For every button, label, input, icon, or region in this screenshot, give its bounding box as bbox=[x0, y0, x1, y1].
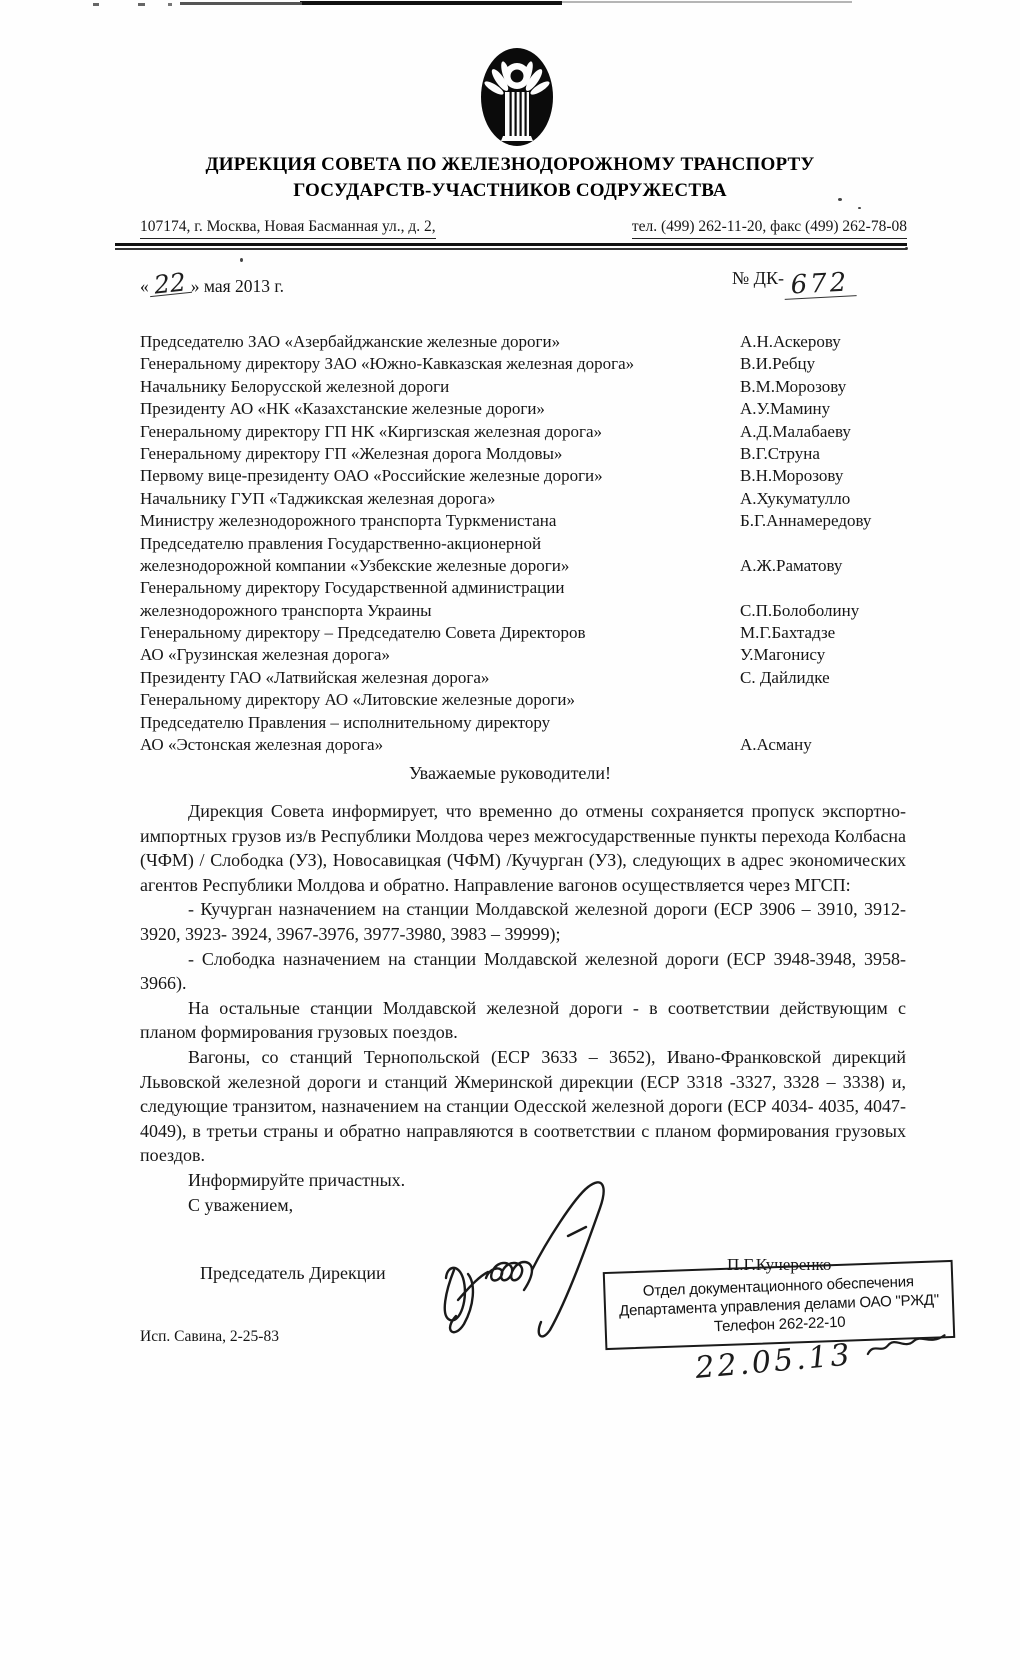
quote-close: » bbox=[191, 276, 200, 296]
addressee-name: Б.Г.Аннамередову bbox=[740, 510, 908, 532]
addressee-row: АО «Эстонская железная дорога»А.Асману bbox=[140, 734, 908, 756]
addressee-name: У.Магонису bbox=[740, 644, 908, 666]
addressee-row: Президенту АО «НК «Казахстанские железны… bbox=[140, 398, 908, 420]
addressee-role: Министру железнодорожного транспорта Тур… bbox=[140, 510, 740, 532]
addressee-row: железнодорожного транспорта УкраиныС.П.Б… bbox=[140, 600, 908, 622]
scan-artifact bbox=[93, 3, 99, 6]
addressee-name: А.Хукуматулло bbox=[740, 488, 908, 510]
addressee-row: Начальнику ГУП «Таджикская железная доро… bbox=[140, 488, 908, 510]
addressee-role: Председателю Правления – исполнительному… bbox=[140, 712, 740, 734]
header-rule bbox=[115, 248, 907, 250]
addressee-role: Генеральному директору Государственной а… bbox=[140, 577, 740, 599]
salutation: Уважаемые руководители! bbox=[140, 763, 880, 784]
addressee-row: Генеральному директору АО «Литовские жел… bbox=[140, 689, 908, 711]
body-paragraph: На остальные станции Молдавской железной… bbox=[140, 996, 906, 1045]
addressee-row: Генеральному директору ЗАО «Южно-Кавказс… bbox=[140, 353, 908, 375]
org-phone-fax: тел. (499) 262-11-20, факс (499) 262-78-… bbox=[632, 218, 907, 239]
body-paragraph: - Слободка назначением на станции Молдав… bbox=[140, 947, 906, 996]
addressee-role: АО «Эстонская железная дорога» bbox=[140, 734, 740, 756]
addressee-name bbox=[740, 577, 908, 599]
addressee-role: Первому вице-президенту ОАО «Российские … bbox=[140, 465, 740, 487]
header-rule bbox=[115, 243, 907, 246]
handwritten-day: 22 bbox=[148, 272, 192, 297]
body-paragraph: Дирекция Совета информирует, что временн… bbox=[140, 799, 906, 897]
body-paragraph: - Кучурган назначением на станции Молдав… bbox=[140, 897, 906, 946]
handwriting-flourish-icon bbox=[864, 1332, 950, 1361]
scan-artifact bbox=[138, 3, 145, 6]
addressee-role: Генеральному директору ЗАО «Южно-Кавказс… bbox=[140, 353, 740, 375]
scan-artifact bbox=[168, 3, 172, 6]
addressee-name: А.Д.Малабаеву bbox=[740, 421, 908, 443]
addressee-role: Генеральному директору ГП НК «Киргизская… bbox=[140, 421, 740, 443]
addressee-row: Председателю Правления – исполнительному… bbox=[140, 712, 908, 734]
meta-row: «22» мая 2013 г. № ДК-672 bbox=[140, 268, 907, 308]
addressee-list: Председателю ЗАО «Азербайджанские железн… bbox=[140, 331, 908, 756]
addressee-name: А.Асману bbox=[740, 734, 908, 756]
executor-note: Исп. Савина, 2-25-83 bbox=[140, 1328, 279, 1346]
scan-speck bbox=[240, 258, 243, 262]
addressee-row: Председателю правления Государственно-ак… bbox=[140, 533, 908, 555]
addressee-row: Президенту ГАО «Латвийская железная доро… bbox=[140, 667, 908, 689]
addressee-name: В.Н.Морозову bbox=[740, 465, 908, 487]
addressee-name: А.У.Мамину bbox=[740, 398, 908, 420]
addressee-role: Президенту АО «НК «Казахстанские железны… bbox=[140, 398, 740, 420]
letter-date: «22» мая 2013 г. bbox=[140, 274, 284, 297]
addressee-row: Начальнику Белорусской железной дорогиВ.… bbox=[140, 376, 908, 398]
addressee-row: Генеральному директору ГП НК «Киргизская… bbox=[140, 421, 908, 443]
cis-emblem-icon bbox=[479, 46, 555, 148]
addressee-name: С.П.Болоболину bbox=[740, 600, 908, 622]
addressee-row: Министру железнодорожного транспорта Тур… bbox=[140, 510, 908, 532]
body-paragraph: Вагоны, со станций Тернопольской (ЕСР 36… bbox=[140, 1045, 906, 1168]
letter-page: ДИРЕКЦИЯ СОВЕТА ПО ЖЕЛЕЗНОДОРОЖНОМУ ТРАН… bbox=[0, 0, 1020, 1680]
addressee-role: Начальнику ГУП «Таджикская железная доро… bbox=[140, 488, 740, 510]
addressee-role: железнодорожного транспорта Украины bbox=[140, 600, 740, 622]
letter-body: Дирекция Совета информирует, что временн… bbox=[140, 799, 906, 1217]
scan-speck bbox=[858, 207, 861, 209]
addressee-role: Генеральному директору – Председателю Со… bbox=[140, 622, 740, 644]
addressee-row: Генеральному директору ГП «Железная доро… bbox=[140, 443, 908, 465]
addressee-role: Генеральному директору ГП «Железная доро… bbox=[140, 443, 740, 465]
addressee-name: В.Г.Струна bbox=[740, 443, 908, 465]
date-text: мая 2013 г. bbox=[204, 276, 284, 296]
addressee-row: Председателю ЗАО «Азербайджанские железн… bbox=[140, 331, 908, 353]
org-title-line2: ГОСУДАРСТВ-УЧАСТНИКОВ СОДРУЖЕСТВА bbox=[110, 178, 910, 203]
addressee-role: железнодорожной компании «Узбекские желе… bbox=[140, 555, 740, 577]
addressee-name: С. Дайлидке bbox=[740, 667, 908, 689]
addressee-role: Генеральному директору АО «Литовские жел… bbox=[140, 689, 740, 711]
addressee-role: Председателю ЗАО «Азербайджанские железн… bbox=[140, 331, 740, 353]
addressee-role: Начальнику Белорусской железной дороги bbox=[140, 376, 740, 398]
addressee-name: А.Н.Аскерову bbox=[740, 331, 908, 353]
addressee-name bbox=[740, 533, 908, 555]
signer-title: Председатель Дирекции bbox=[200, 1263, 386, 1284]
addressee-row: АО «Грузинская железная дорога»У.Магонис… bbox=[140, 644, 908, 666]
addressee-row: Генеральному директору Государственной а… bbox=[140, 577, 908, 599]
addressee-name: М.Г.Бахтадзе bbox=[740, 622, 908, 644]
scan-artifact bbox=[180, 2, 302, 5]
addressee-row: Первому вице-президенту ОАО «Российские … bbox=[140, 465, 908, 487]
addressee-name: В.М.Морозову bbox=[740, 376, 908, 398]
scan-artifact bbox=[562, 1, 852, 3]
number-label: № ДК- bbox=[732, 268, 784, 288]
org-address: 107174, г. Москва, Новая Басманная ул., … bbox=[140, 218, 436, 239]
scan-artifact bbox=[300, 1, 562, 5]
addressee-name: А.Ж.Раматову bbox=[740, 555, 908, 577]
addressee-role: АО «Грузинская железная дорога» bbox=[140, 644, 740, 666]
letter-number: № ДК-672 bbox=[732, 268, 856, 298]
org-title-line1: ДИРЕКЦИЯ СОВЕТА ПО ЖЕЛЕЗНОДОРОЖНОМУ ТРАН… bbox=[110, 152, 910, 177]
handwritten-number: 672 bbox=[783, 269, 856, 300]
addressee-name: В.И.Ребцу bbox=[740, 353, 908, 375]
addressee-row: железнодорожной компании «Узбекские желе… bbox=[140, 555, 908, 577]
addressee-name bbox=[740, 712, 908, 734]
addressee-role: Председателю правления Государственно-ак… bbox=[140, 533, 740, 555]
addressee-role: Президенту ГАО «Латвийская железная доро… bbox=[140, 667, 740, 689]
addressee-name bbox=[740, 689, 908, 711]
addressee-row: Генеральному директору – Председателю Со… bbox=[140, 622, 908, 644]
